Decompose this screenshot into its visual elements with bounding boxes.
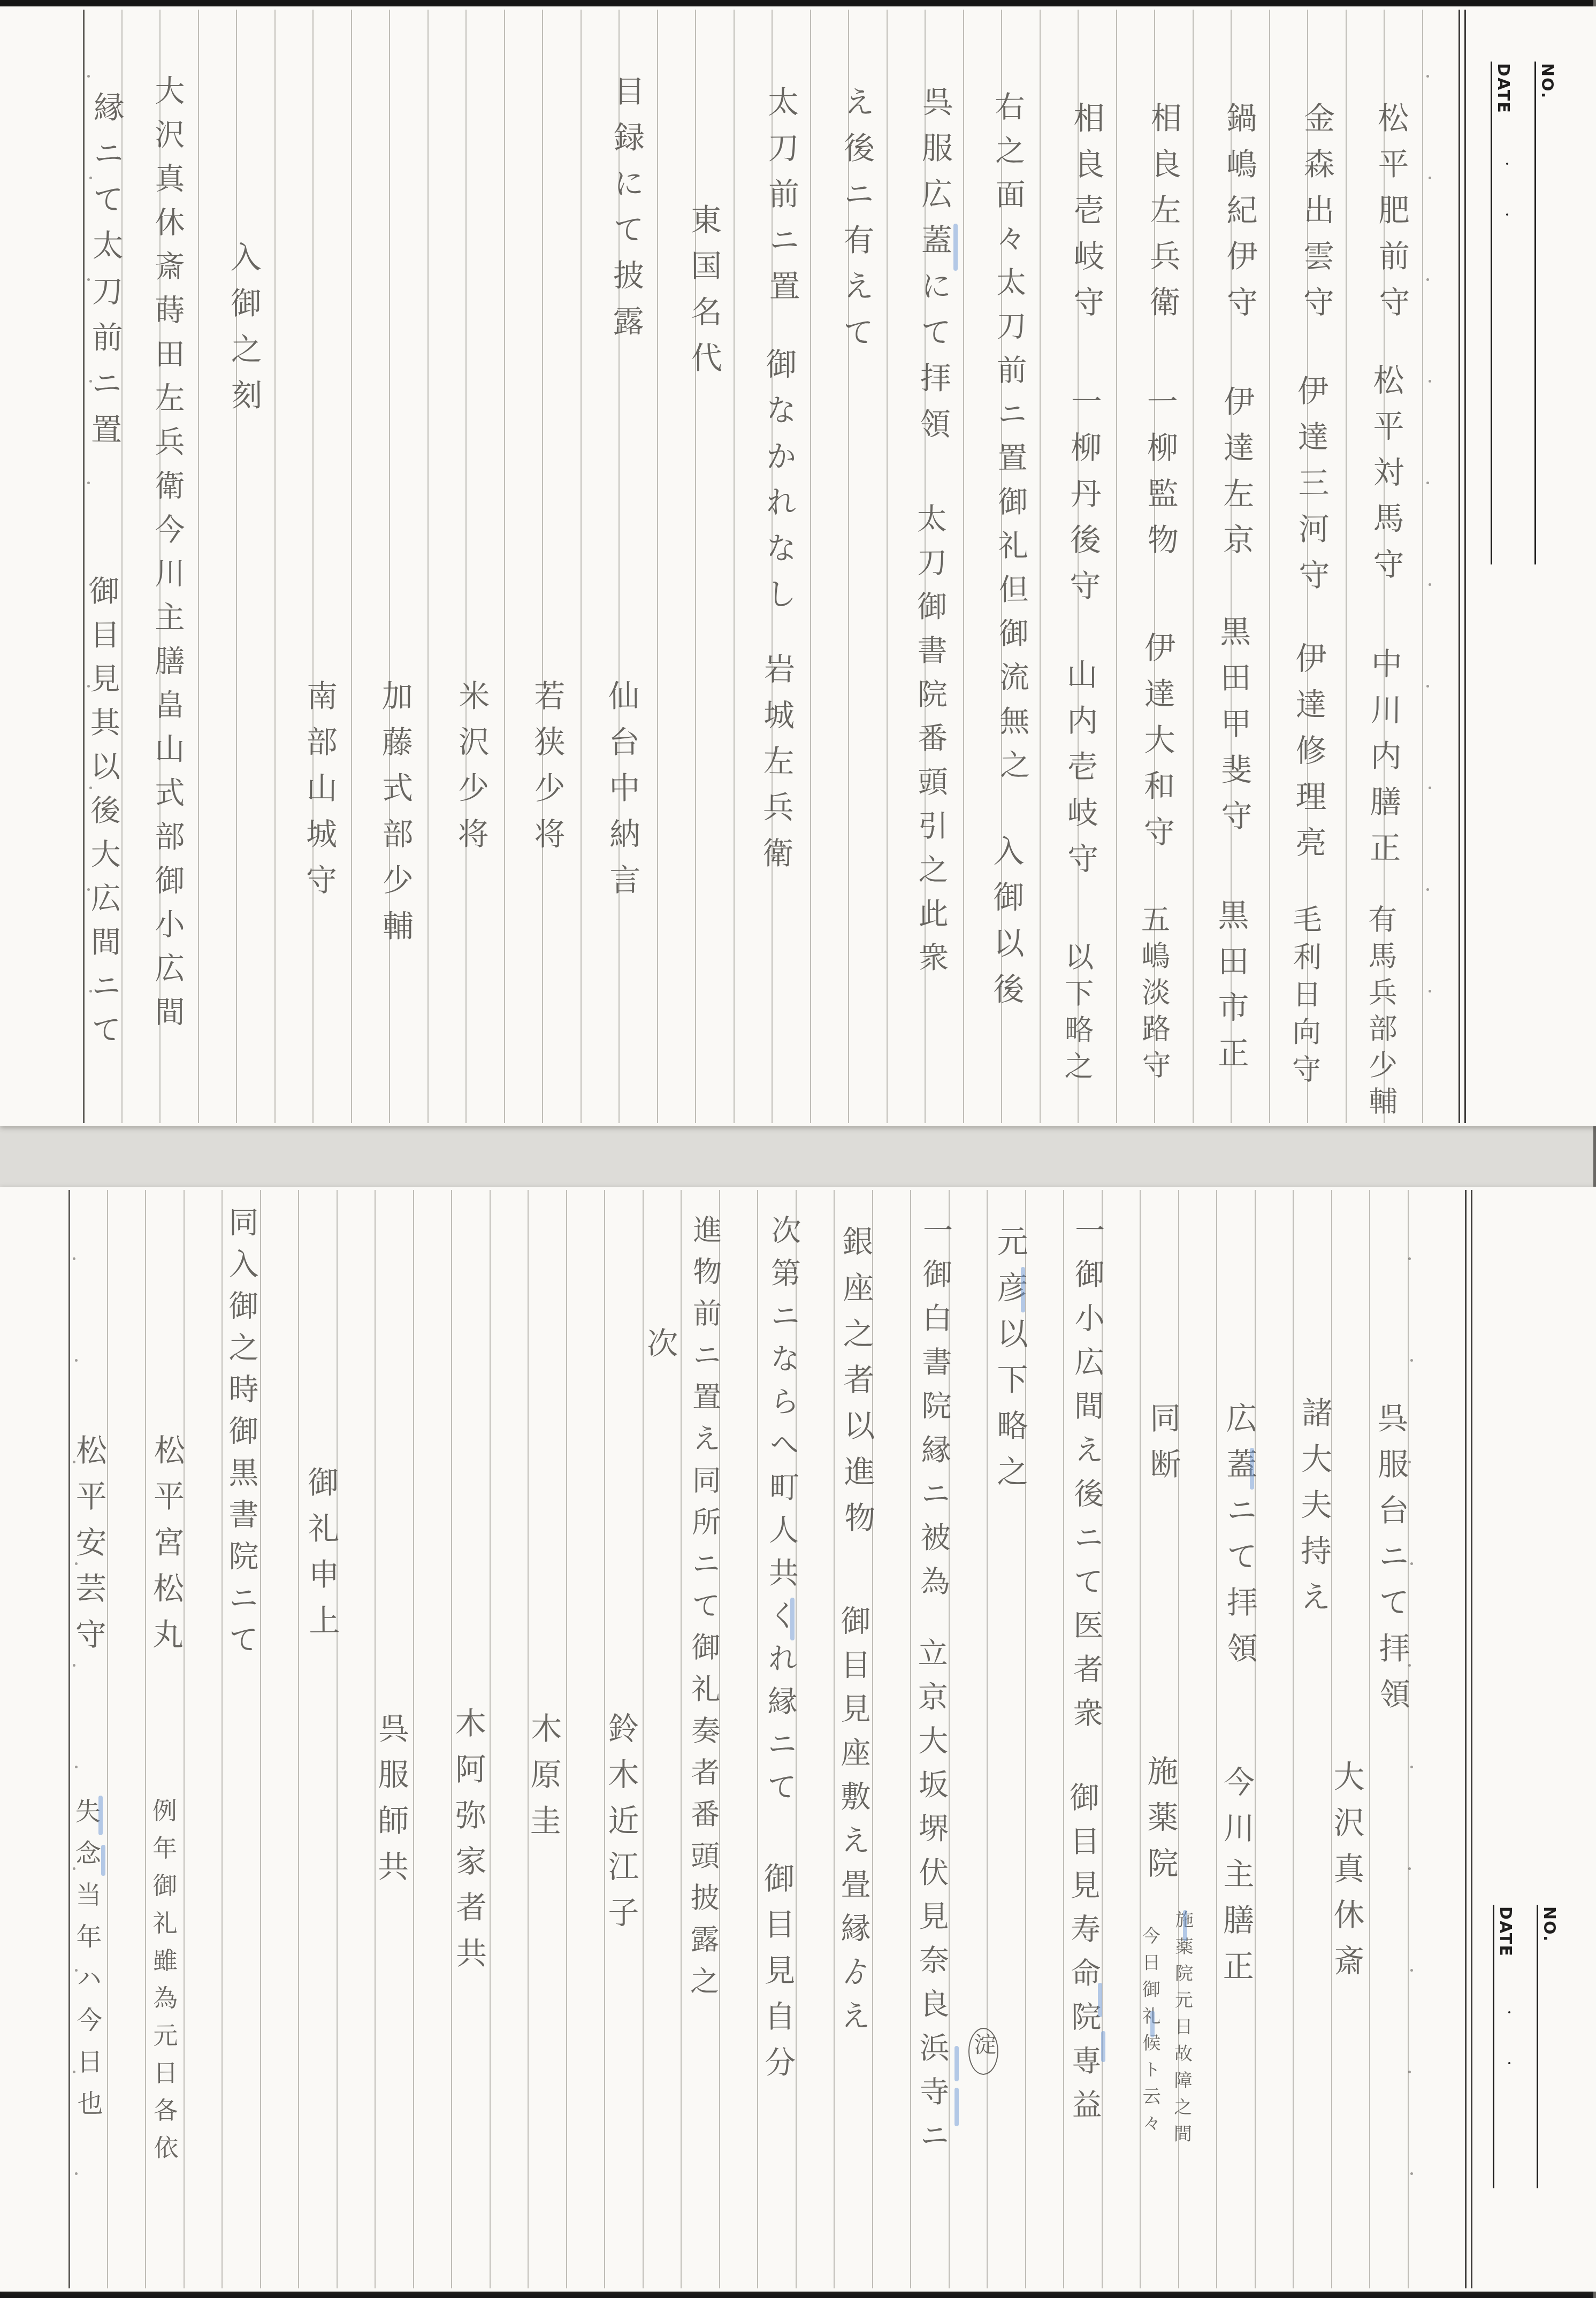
text-column: 大沢真休斎蒔田左兵衛今川主膳畠山式部御小広間 <box>151 75 183 1040</box>
text-column: 御目見寿命院専益 <box>1066 1782 1100 2133</box>
text-column: 同入御之時御黒書院ニて <box>225 1207 257 1666</box>
guide-tick <box>1429 990 1431 993</box>
text-column: 五嶋淡路守 <box>1137 904 1169 1086</box>
ruled-line <box>260 1190 261 2288</box>
date-separator-dot: ・ <box>1503 2004 1515 2020</box>
guide-tick <box>1429 380 1431 383</box>
ruled-line <box>1269 10 1270 1123</box>
guide-tick <box>75 2172 78 2175</box>
ruled-line <box>427 10 429 1123</box>
text-column: 中川内膳正 <box>1366 647 1400 877</box>
date-separator-dot: ・ <box>1501 206 1513 223</box>
text-column: 南部山城守 <box>302 680 336 910</box>
ruled-line <box>1216 1190 1217 2288</box>
ruled-line <box>1369 1190 1370 2288</box>
no-label: NO. <box>1540 1906 1559 1942</box>
ruled-line <box>695 10 696 1123</box>
ruled-line <box>566 1190 567 2288</box>
text-column: 鈴木近江子 <box>605 1712 637 1942</box>
guide-tick <box>75 1359 78 1362</box>
guide-tick <box>1426 482 1429 484</box>
text-column: 木原圭 <box>526 1712 560 1850</box>
text-column: 太刀前ニ置 <box>764 86 798 316</box>
guide-tick <box>1410 1562 1413 1565</box>
ruled-line <box>413 1190 414 2288</box>
guide-tick <box>75 1766 78 1768</box>
ruled-line <box>1193 10 1194 1123</box>
ruled-line <box>1116 10 1117 1123</box>
text-column: 一御小広間え後ニて医者衆 <box>1070 1215 1103 1741</box>
ruled-line <box>389 10 390 1123</box>
page-edge-line <box>83 10 85 1123</box>
ruled-line <box>1063 1190 1064 2288</box>
scanned-document: NO. DATE ・ ・ NO. DATE ・ ・ 松平肥前守松平対馬守中川内膳… <box>0 0 1596 2298</box>
guide-tick <box>1410 2172 1413 2175</box>
ruled-line <box>887 10 888 1123</box>
text-column: 岩城左兵衛 <box>759 653 793 883</box>
ruled-line <box>757 1190 758 2288</box>
text-column: 松平安芸守 <box>72 1434 105 1664</box>
text-column: 立京大坂堺伏見奈良浜寺ニ <box>914 1637 948 2164</box>
guide-tick <box>1410 1359 1413 1362</box>
guide-tick <box>1429 177 1431 179</box>
text-column: 大沢真休斎 <box>1330 1760 1363 1990</box>
text-column: 次第ニならへ町人共くれ縁ニて <box>763 1215 799 1814</box>
text-column: 呉服台ニて拝領 <box>1373 1402 1409 1724</box>
text-column: 入御之刻 <box>226 241 261 425</box>
ruled-line <box>145 1190 146 2288</box>
guide-tick <box>1426 888 1429 891</box>
text-column: 有馬兵部少輔 <box>1365 904 1396 1123</box>
no-label: NO. <box>1538 63 1556 99</box>
text-column: 東国名代 <box>687 203 720 387</box>
guide-tick <box>1410 1766 1413 1768</box>
date-label: DATE <box>1494 63 1513 114</box>
text-column: 同断 <box>1146 1402 1179 1494</box>
text-column: 黒田甲斐守 <box>1216 615 1250 845</box>
ruled-line <box>198 10 199 1123</box>
scan-edge-top <box>0 0 1596 6</box>
text-column: 伊達大和守 <box>1140 631 1174 861</box>
text-column: 銀座之者以進物 <box>838 1225 874 1547</box>
ruled-line <box>657 10 658 1123</box>
text-column: 今日御礼候ト云々 <box>1139 1926 1159 2140</box>
guide-tick <box>1408 1257 1411 1260</box>
text-column: 松平宮松丸 <box>149 1434 183 1664</box>
ruled-line <box>734 10 735 1123</box>
ruled-line <box>1331 1190 1332 2288</box>
text-column: 失念当年ハ今日也 <box>72 1798 101 2132</box>
text-column: 御目見座敷え畳縁ゟえ <box>837 1605 869 2044</box>
highlight-mark <box>98 1796 103 1835</box>
guide-tick <box>1429 583 1431 586</box>
date-underline <box>1493 1905 1494 2188</box>
text-column: 御目見自分 <box>760 1862 794 2092</box>
ruled-line <box>504 10 505 1123</box>
page-edge-line <box>68 1190 70 2288</box>
text-column: 伊達三河守 <box>1294 375 1328 605</box>
ruled-line <box>222 1190 223 2288</box>
text-column: 松平対馬守 <box>1370 364 1402 594</box>
text-column: 例年御礼雖為元日各依 <box>150 1798 178 2172</box>
text-column: 一柳監物 <box>1143 385 1177 569</box>
margin-double-line <box>1465 1190 1467 2288</box>
ruled-line <box>1293 1190 1294 2288</box>
text-column: 木阿弥家者共 <box>452 1707 485 1983</box>
text-column: 次 <box>643 1327 676 1373</box>
ruled-line <box>236 10 237 1123</box>
guide-tick <box>87 75 90 78</box>
highlight-mark <box>1101 2031 1105 2062</box>
circled-annotation: 淀 <box>968 2028 998 2075</box>
text-column: え後ニ有えて <box>839 86 873 362</box>
text-column: 太刀御書院番頭引之此衆 <box>913 503 946 986</box>
highlight-mark <box>1250 1448 1254 1490</box>
text-column: 米沢少将 <box>454 680 488 864</box>
text-column: 御礼申上 <box>304 1466 338 1650</box>
guide-tick <box>87 482 90 484</box>
ruled-line <box>681 1190 682 2288</box>
highlight-mark <box>954 2088 959 2126</box>
ruled-line <box>910 1190 911 2288</box>
text-column: 御目見其以後大広間ニて <box>86 575 119 1058</box>
ruled-line <box>1255 1190 1256 2288</box>
highlight-mark <box>954 2046 959 2081</box>
guide-tick <box>1426 75 1429 78</box>
ruled-line <box>490 1190 491 2288</box>
text-column: 広蓋ニて拝領 <box>1223 1402 1256 1678</box>
text-column: 縁ニて太刀前ニ置 <box>87 91 123 459</box>
guide-tick <box>1410 1969 1413 1972</box>
margin-double-line <box>1471 1190 1472 2288</box>
text-column: 一柳丹後守 <box>1066 385 1100 615</box>
text-column: 相良壱岐守 <box>1070 102 1103 332</box>
date-label: DATE <box>1496 1906 1515 1957</box>
guide-tick <box>1408 2071 1411 2073</box>
ruled-line <box>542 10 543 1123</box>
text-column: 呉服広蓋にて拝領 <box>916 86 951 454</box>
highlight-mark <box>101 1845 105 1876</box>
ruled-line <box>107 1190 108 2288</box>
margin-double-line <box>1458 10 1460 1123</box>
scan-edge-bottom <box>0 2292 1596 2298</box>
date-underline <box>1491 62 1492 564</box>
ruled-line <box>1422 10 1423 1123</box>
highlight-mark <box>1098 1983 1102 2017</box>
text-column: 進物前ニ置え同所ニて御礼奏者番頭披露之 <box>687 1215 720 2007</box>
ruled-line <box>810 10 811 1123</box>
text-column: 毛利日向守 <box>1288 904 1320 1091</box>
highlight-mark <box>1183 1910 1187 1941</box>
text-column: 相良左兵衛 <box>1146 102 1180 332</box>
ruled-line <box>298 1190 299 2288</box>
text-column: 鍋嶋紀伊守 <box>1223 102 1256 332</box>
no-underline <box>1537 1905 1538 2188</box>
text-column: 右之面々太刀前ニ置御礼但御流無之 <box>991 91 1028 793</box>
highlight-mark <box>790 1598 795 1640</box>
text-column: 御なかれなし <box>762 348 795 624</box>
ruled-line <box>351 10 352 1123</box>
highlight-mark <box>1150 2011 1155 2037</box>
ruled-line <box>1408 1190 1409 2288</box>
text-column: 目録にて披露 <box>609 75 643 351</box>
text-column: 加藤式部少輔 <box>378 680 412 956</box>
ruled-line <box>834 1190 835 2288</box>
ruled-line <box>465 10 467 1123</box>
ruled-line <box>1346 10 1347 1123</box>
date-separator-dot: ・ <box>1503 2055 1515 2071</box>
text-column: 一御白書院縁ニ被為 <box>917 1215 951 1609</box>
text-column: 諸大夫持え <box>1296 1396 1331 1627</box>
text-column: 以下略之 <box>1061 942 1092 1087</box>
ruled-line <box>987 1190 988 2288</box>
text-column: 仙台中納言 <box>605 680 639 910</box>
guide-tick <box>1429 787 1431 789</box>
ruled-line <box>274 10 276 1123</box>
text-column: 伊達修理亮 <box>1292 642 1325 872</box>
text-column: 入御以後 <box>990 835 1022 1019</box>
text-column: 元彦以下略之 <box>994 1225 1026 1501</box>
text-column: 山内壱岐守 <box>1063 658 1097 888</box>
ruled-line <box>312 10 314 1123</box>
ruled-line <box>581 10 582 1123</box>
ruled-line <box>337 1190 338 2288</box>
margin-double-line <box>1464 10 1466 1123</box>
text-column: 金森出雲守 <box>1300 102 1333 332</box>
ruled-line <box>963 10 964 1123</box>
highlight-mark <box>953 224 958 271</box>
guide-tick <box>73 1664 75 1667</box>
guide-tick <box>1426 278 1429 281</box>
no-underline <box>1534 62 1536 564</box>
text-column: 松平肥前守 <box>1374 102 1408 332</box>
text-column: 黒田市正 <box>1215 899 1247 1083</box>
guide-tick <box>1408 1867 1411 1870</box>
highlight-mark <box>1021 1267 1025 1312</box>
text-column: 施薬院元日故障之間 <box>1171 1910 1192 2151</box>
ruled-line <box>1040 10 1041 1123</box>
text-column: 今川主膳正 <box>1219 1766 1253 1996</box>
date-separator-dot: ・ <box>1501 155 1513 172</box>
text-column: 施薬院 <box>1144 1755 1177 1893</box>
text-column: 呉服師共 <box>374 1712 407 1896</box>
text-column: 伊達左京 <box>1219 385 1253 569</box>
guide-tick <box>1426 685 1429 688</box>
text-column: 若狭少将 <box>531 680 563 864</box>
guide-tick <box>73 1257 75 1260</box>
ruled-line <box>184 1190 185 2288</box>
